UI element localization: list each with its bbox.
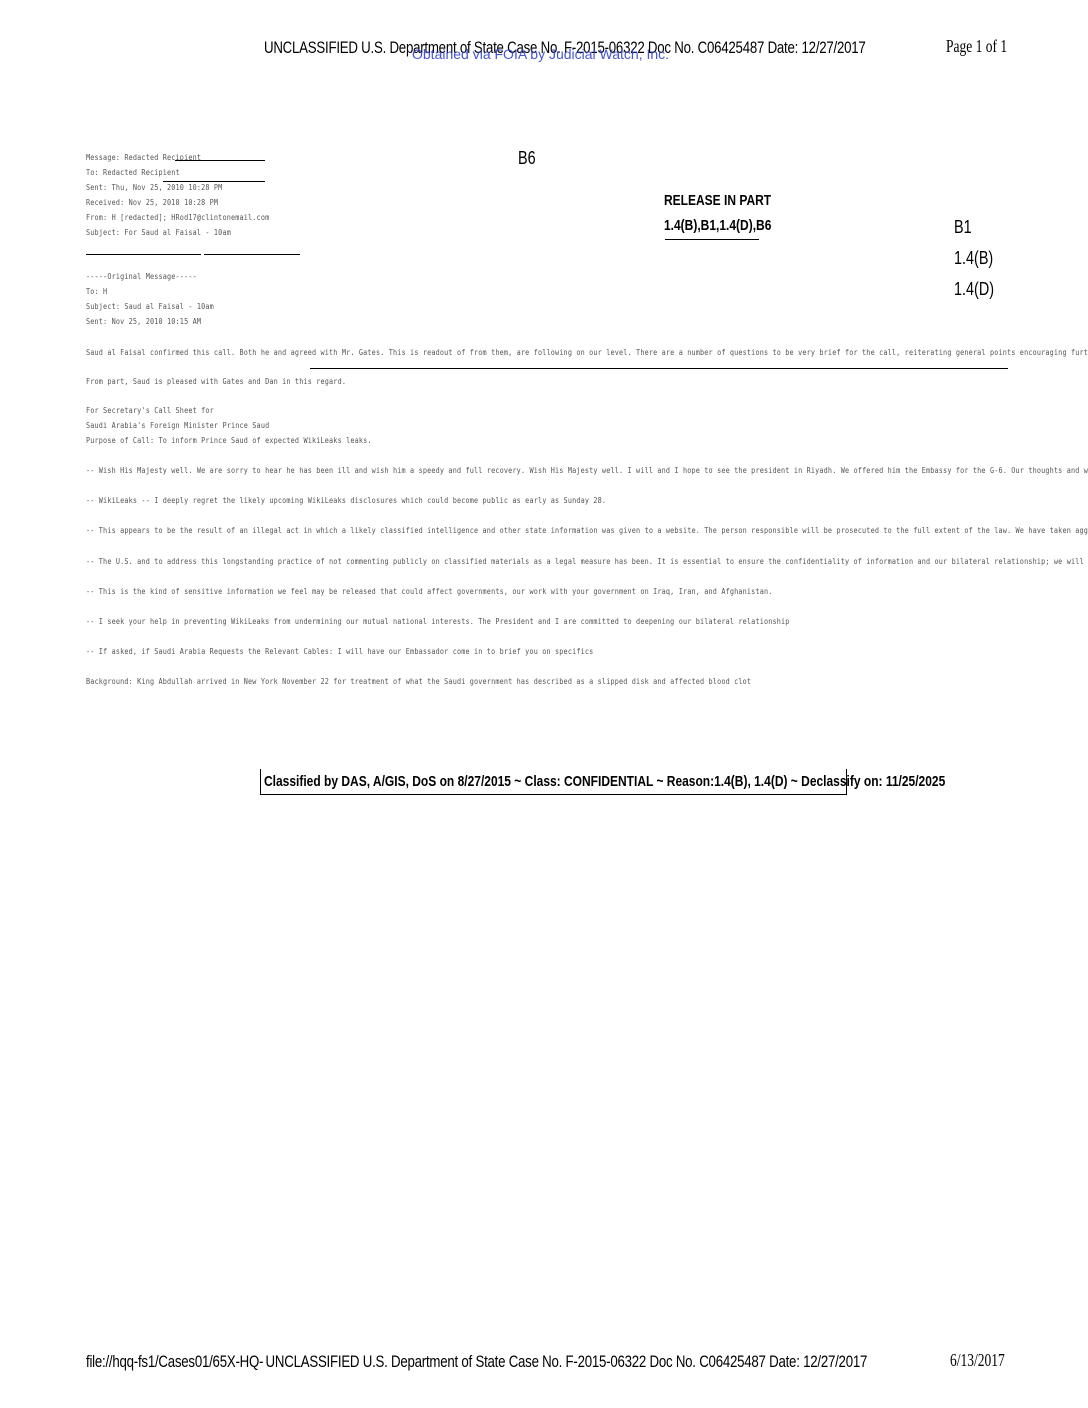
talking-point: -- WikiLeaks -- I deeply regret the like… [86,496,606,505]
points-header-line: Purpose of Call: To inform Prince Saud o… [86,436,372,445]
page-indicator: Page 1 of 1 [946,36,1007,57]
talking-point: -- I seek your help in preventing WikiLe… [86,617,790,626]
background-note: Background: King Abdullah arrived in New… [86,677,751,686]
points-header-line: For Secretary's Call Sheet for [86,406,214,415]
b6-label: B6 [518,148,536,169]
release-title: RELEASE IN PART [664,192,771,209]
email-header-line: Received: Nov 25, 2010 10:28 PM [86,198,218,207]
exemption-code: 1.4(B) [954,243,993,274]
redaction-underline [175,160,265,161]
redaction-underline [204,254,300,255]
redaction-underline [86,254,201,255]
footer-classification-line: UNCLASSIFIED U.S. Department of State Ca… [264,1352,867,1372]
classification-footer: Classified by DAS, A/GIS, DoS on 8/27/20… [264,773,945,790]
talking-point: -- Wish His Majesty well. We are sorry t… [86,466,1088,475]
release-codes: 1.4(B),B1,1.4(D),B6 [664,217,771,234]
redaction-underline [163,181,265,182]
exemption-code: B1 [954,212,972,243]
footer-print-date: 6/13/2017 [950,1350,1005,1371]
original-message-line: To: H [86,287,107,296]
email-header-line: Sent: Thu, Nov 25, 2010 10:28 PM [86,183,222,192]
email-header-line: Subject: For Saud al Faisal - 10am [86,228,231,237]
email-header-line: To: Redacted Recipient [86,168,180,177]
footer-file-path: file://hqq-fs1/Cases01/65X-HQ-64 [86,1352,278,1372]
redaction-underline [310,368,1008,369]
original-message-line: Subject: Saud al Faisal - 10am [86,302,214,311]
talking-point: -- If asked, if Saudi Arabia Requests th… [86,647,593,656]
original-message-separator: -----Original Message----- [86,272,197,281]
foia-watermark: Obtained via FOIA by Judicial Watch, Inc… [412,46,669,62]
body-intro-cont: From part, Saud is pleased with Gates an… [86,377,346,386]
body-intro: Saud al Faisal confirmed this call. Both… [86,348,1088,357]
talking-point: -- This is the kind of sensitive informa… [86,587,773,596]
exemption-code: 1.4(D) [954,274,994,305]
talking-point: -- This appears to be the result of an i… [86,526,1088,535]
original-message-line: Sent: Nov 25, 2010 10:15 AM [86,317,201,326]
talking-point: -- The U.S. and to address this longstan… [86,557,1088,566]
release-underline [665,239,759,240]
email-header-line: From: H [redacted]; HRod17@clintonemail.… [86,213,269,222]
points-header-line: Saudi Arabia's Foreign Minister Prince S… [86,421,269,430]
